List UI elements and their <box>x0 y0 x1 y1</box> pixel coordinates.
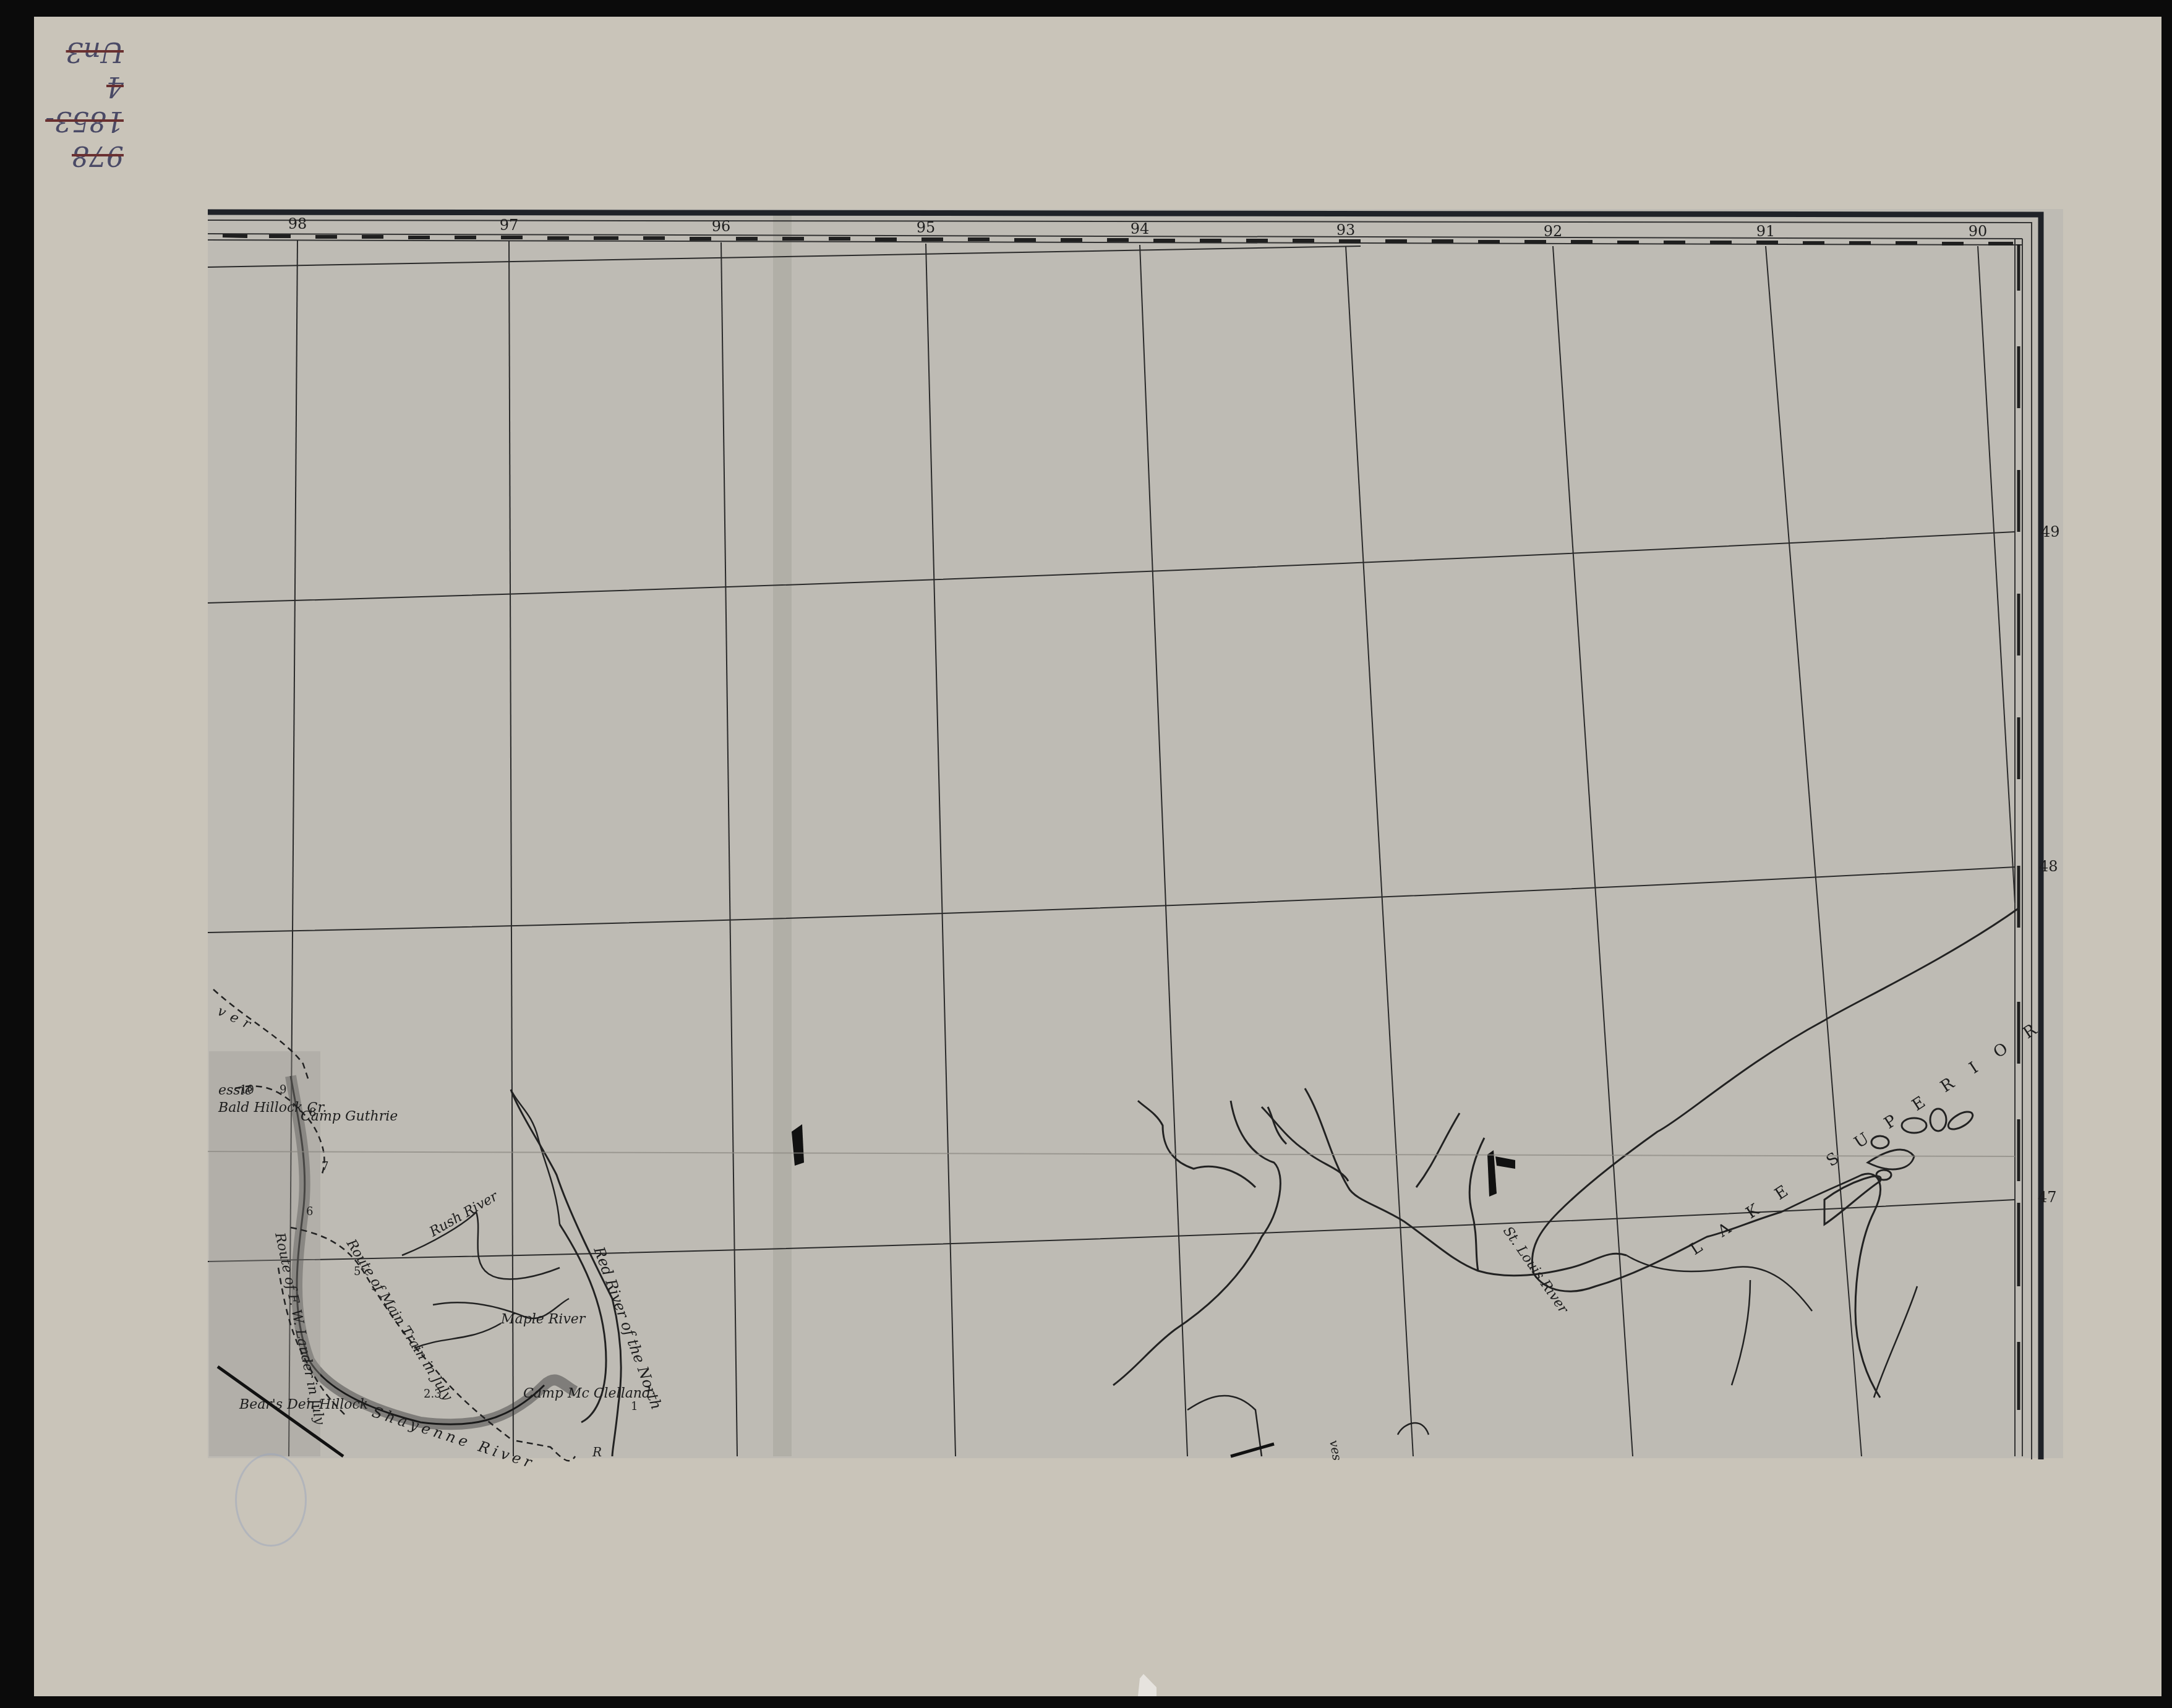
partial-r-label: R <box>592 1445 602 1459</box>
station-number: 6 <box>306 1205 313 1218</box>
lon-label: 91 <box>1756 223 1776 240</box>
lat-label: 48 <box>2039 858 2058 875</box>
lon-label: 92 <box>1544 223 1563 240</box>
lat-label: 47 <box>2038 1189 2057 1206</box>
lon-label: 93 <box>1336 221 1356 239</box>
map-canvas: 98 97 96 95 94 93 92 91 90 49 48 47 <box>0 0 2172 1708</box>
station-number: 9 <box>280 1083 286 1096</box>
map-plate <box>208 209 2063 1458</box>
lon-label: 96 <box>712 218 731 235</box>
maple-river-label: Maple River <box>500 1312 586 1327</box>
camp-mcclelland-label: Camp Mc Clelland <box>523 1386 651 1401</box>
partial-ves-label: ves <box>1327 1439 1345 1462</box>
lat-label: 49 <box>2041 523 2060 540</box>
station-number: 5 <box>354 1265 361 1278</box>
station-number: 2.3 <box>424 1388 442 1401</box>
fold-line <box>773 213 792 1456</box>
library-stamp <box>235 1453 307 1547</box>
bears-den-label: Bear's Den Hillock <box>239 1397 368 1412</box>
lon-label: 95 <box>917 219 936 236</box>
lon-label: 97 <box>500 216 519 234</box>
station-number: 10 <box>240 1083 254 1096</box>
station-number: 7 <box>322 1160 328 1173</box>
station-number: 8 <box>309 1106 316 1119</box>
lon-label: 94 <box>1131 220 1150 237</box>
lon-label: 98 <box>288 215 307 233</box>
station-number: 1 <box>631 1400 638 1413</box>
lon-label: 90 <box>1969 223 1988 240</box>
